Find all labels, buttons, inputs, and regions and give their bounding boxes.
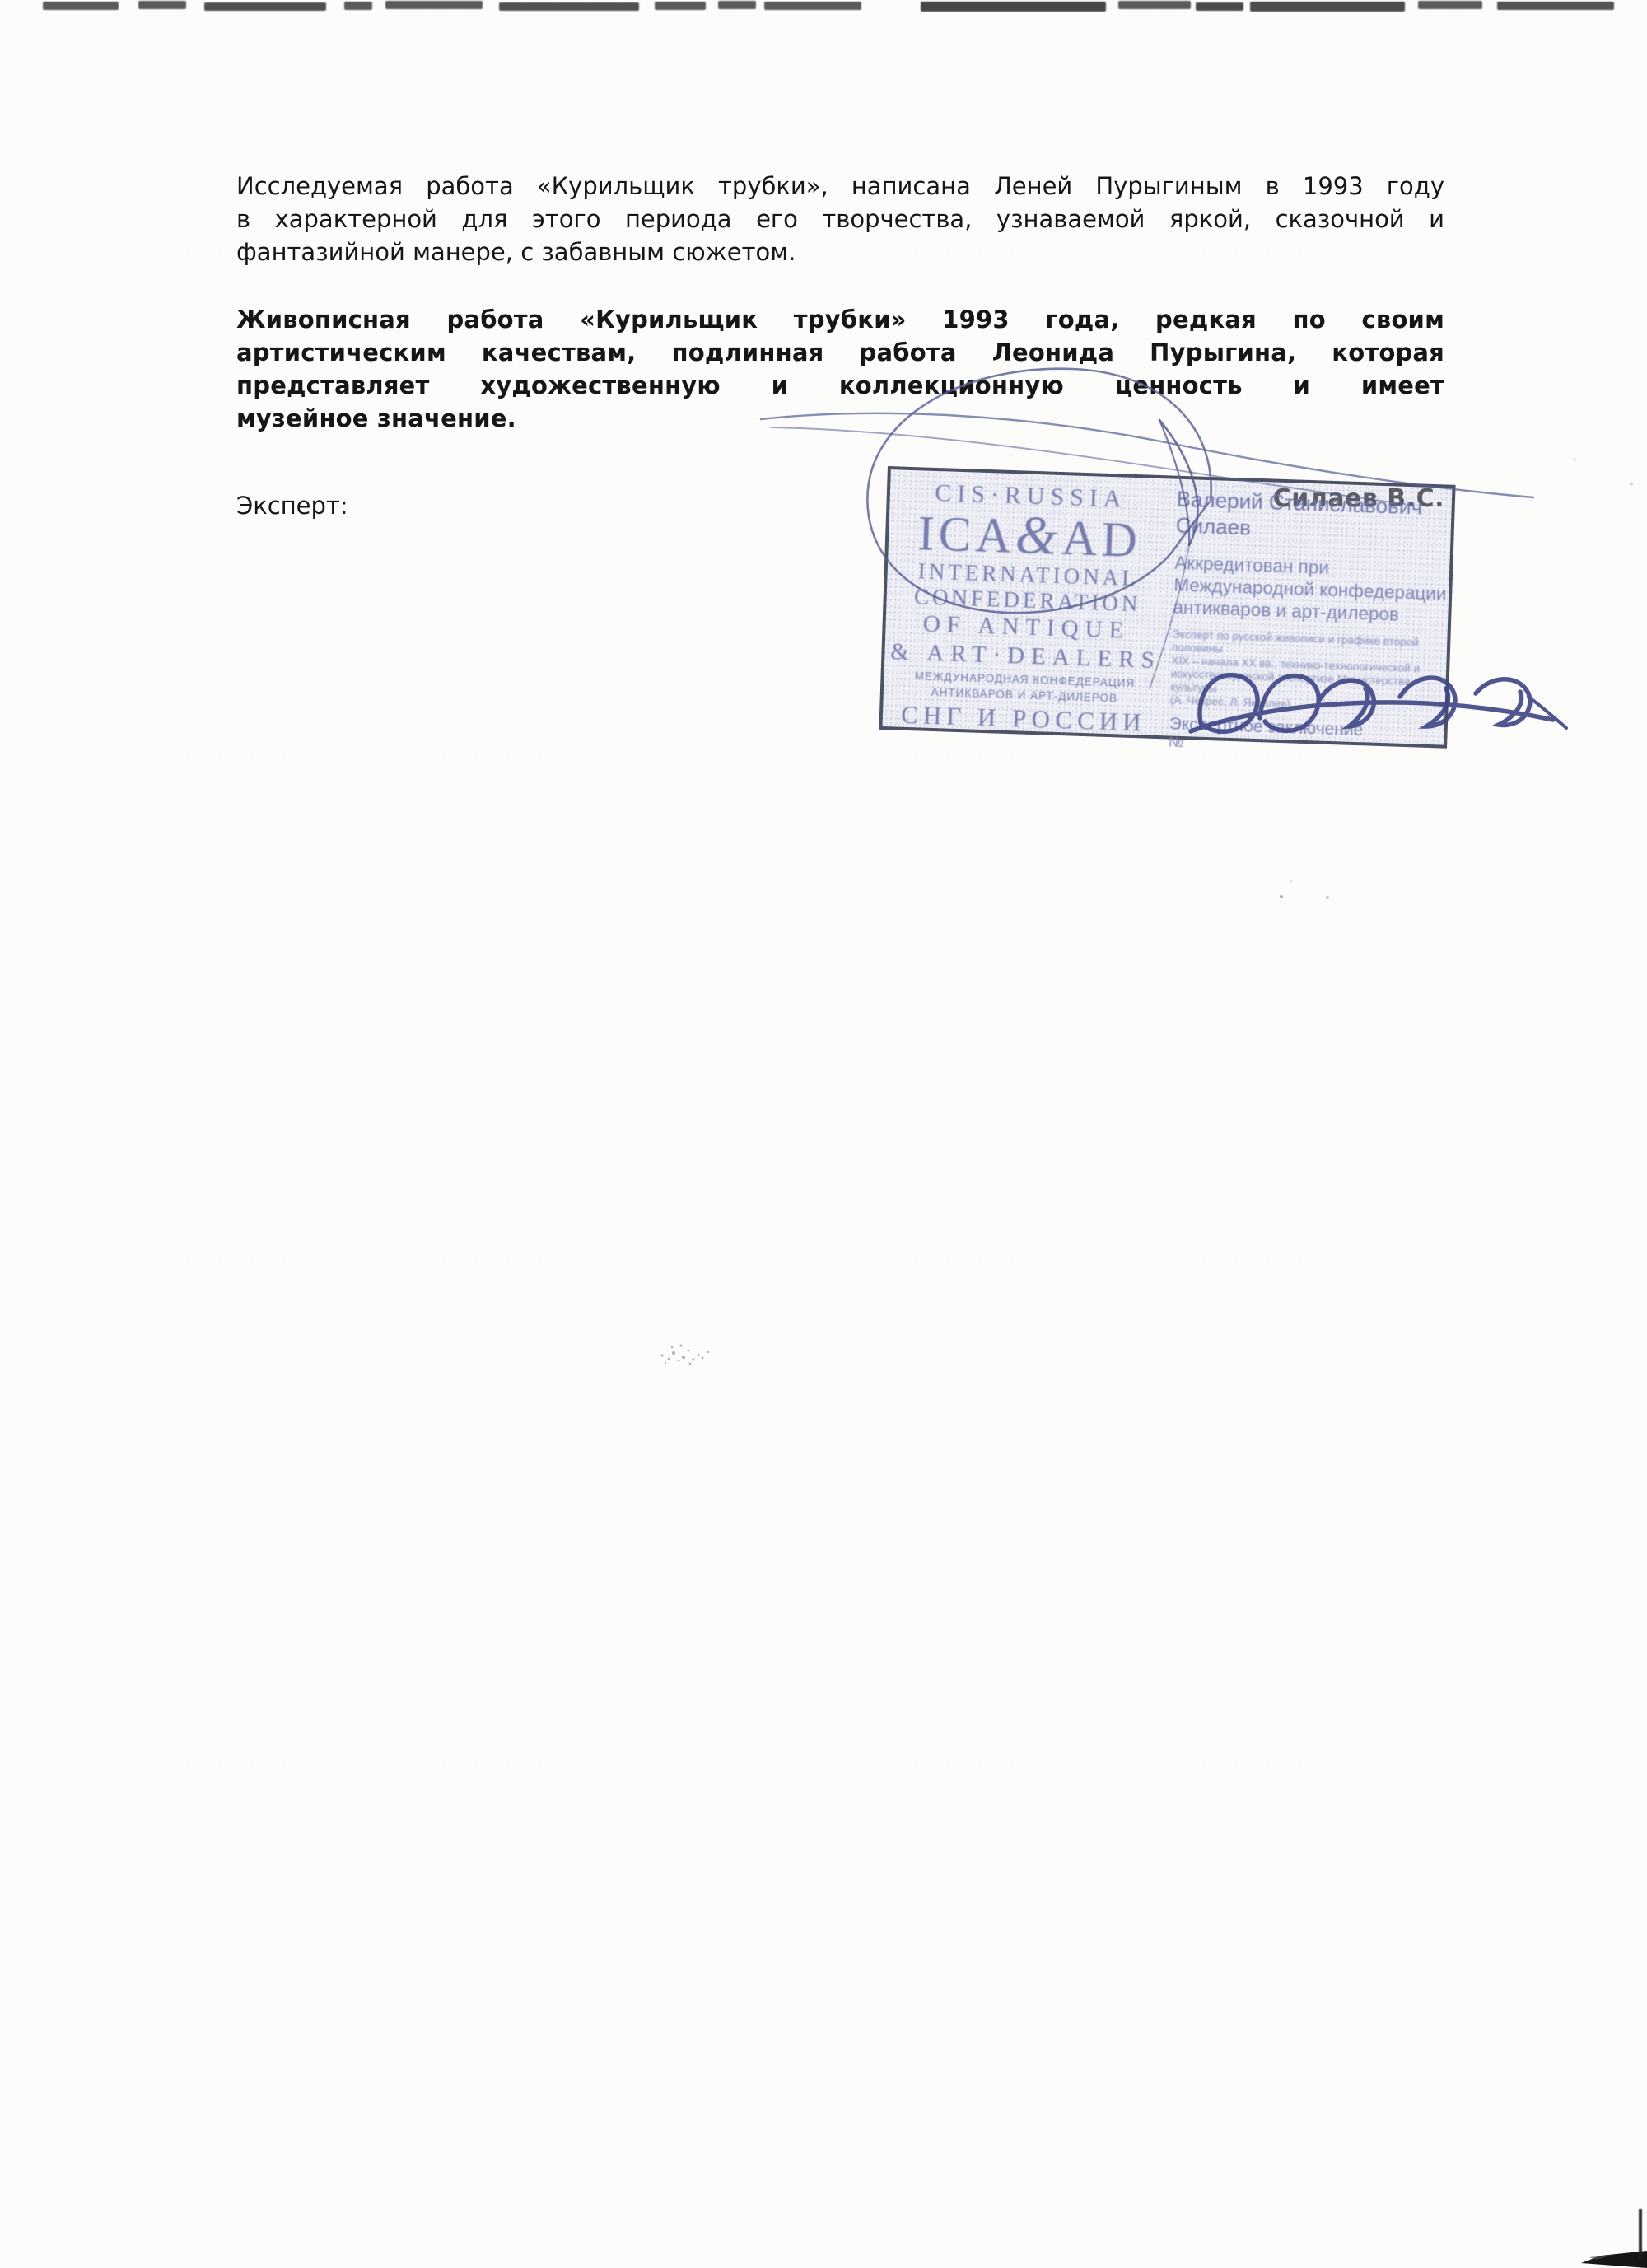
scan-dash bbox=[204, 2, 326, 11]
stamp-acronym-monogram: & bbox=[1015, 505, 1063, 567]
scan-edge-line bbox=[1639, 2209, 1642, 2260]
scan-dash bbox=[43, 2, 119, 10]
scan-dash bbox=[499, 2, 639, 11]
paragraph-line: музейное значение. bbox=[236, 402, 1444, 435]
stamp-acronym: ICA&AD bbox=[891, 506, 1168, 567]
handwriting-stroke bbox=[1476, 679, 1530, 726]
scan-dash bbox=[385, 1, 483, 9]
paragraph-bold-conclusion: Живописная работа «Курильщик трубки» 199… bbox=[236, 303, 1444, 435]
scanned-document-page: Исследуемая работа «Курильщик трубки», н… bbox=[0, 0, 1647, 2268]
scan-dash bbox=[1418, 1, 1482, 9]
scan-dash bbox=[1118, 1, 1191, 9]
paragraph-line: Исследуемая работа «Курильщик трубки», н… bbox=[236, 170, 1444, 203]
paragraph-line: представляет художественную и коллекцион… bbox=[236, 369, 1444, 402]
paragraph-regular: Исследуемая работа «Курильщик трубки», н… bbox=[236, 170, 1444, 268]
scan-dash bbox=[718, 1, 756, 9]
paragraph-line: в характерной для этого периода его твор… bbox=[236, 203, 1444, 236]
ink-speck-cluster bbox=[660, 1345, 709, 1365]
paragraph-line: Живописная работа «Курильщик трубки» 199… bbox=[236, 303, 1444, 336]
handwriting-stroke bbox=[1528, 697, 1566, 728]
stamp-left-column: CIS·RUSSIA ICA&AD INTERNATIONAL CONFEDER… bbox=[885, 474, 1169, 739]
scan-dash bbox=[138, 1, 186, 9]
stamp-acronym-right: AD bbox=[1061, 511, 1142, 567]
stamp-acronym-left: ICA bbox=[917, 506, 1016, 563]
scan-dash bbox=[655, 2, 706, 10]
scan-dash bbox=[1497, 2, 1614, 10]
paragraph-line: фантазийной манере, с забавным сюжетом. bbox=[236, 236, 1444, 268]
paragraph-line: артистическим качествам, подлинная работ… bbox=[236, 336, 1444, 369]
expert-accreditation-stamp: CIS·RUSSIA ICA&AD INTERNATIONAL CONFEDER… bbox=[879, 466, 1455, 749]
stamp-right-column: Валерий Станиславович Силаев Аккредитова… bbox=[1169, 486, 1453, 760]
scan-dash bbox=[1250, 2, 1405, 12]
scan-dash bbox=[764, 2, 861, 10]
scan-dash bbox=[344, 2, 372, 10]
scan-corner-artifact bbox=[1581, 2251, 1647, 2268]
scan-dash bbox=[921, 2, 1106, 12]
scan-dash bbox=[1196, 2, 1243, 11]
expert-label: Эксперт: bbox=[236, 492, 348, 520]
